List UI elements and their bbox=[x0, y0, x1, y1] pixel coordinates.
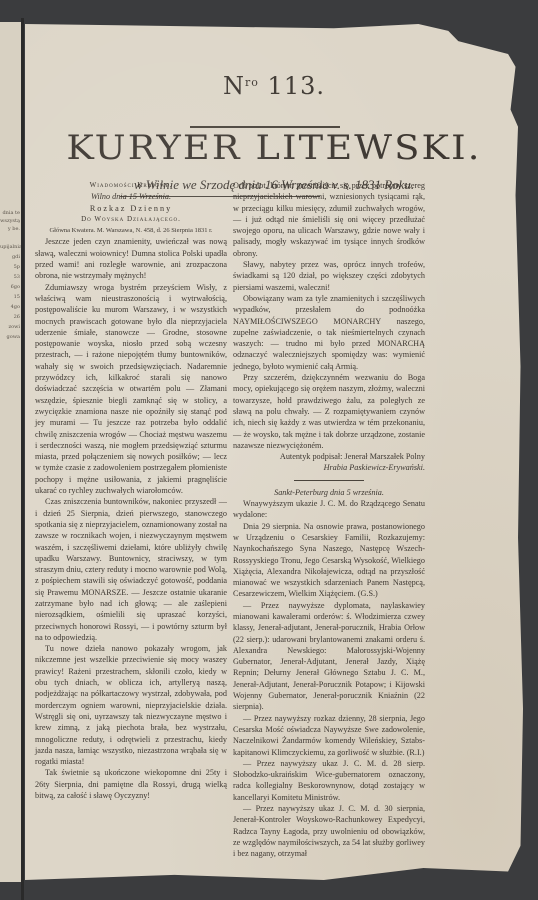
dateline-petersburg: Sankt-Peterburg dnia 5 września. bbox=[233, 487, 425, 498]
article-paragraph: Sławy, nabytey przez was, oprócz innych … bbox=[233, 259, 425, 293]
article-paragraph: Przy szczerém, dziękczynném wezwaniu do … bbox=[233, 372, 425, 451]
prev-page-fragment: 5p bbox=[0, 264, 20, 271]
issue-prefix: N bbox=[223, 72, 245, 100]
book-spine bbox=[21, 18, 24, 900]
article-paragraph: — Przez naywyższy rozkaz dzienny, 28 sie… bbox=[233, 713, 425, 758]
decree-heading: Wnaywyższym ukazie J. C. M. do Rządząceg… bbox=[233, 498, 425, 521]
prev-page-fragment: gdi bbox=[0, 254, 20, 261]
prev-page-fragment: wszystą bbox=[0, 218, 20, 225]
prev-page-fragment: dnia te bbox=[0, 210, 20, 217]
article-paragraph: Czas zniszczenia buntowników, nakoniec p… bbox=[35, 496, 227, 643]
prev-page-fragment: 4go bbox=[0, 304, 20, 311]
previous-page-edge: dnia te wszystą y be. upijalnia. gdi 5p … bbox=[0, 22, 22, 882]
issue-number: Nro 113. bbox=[25, 72, 523, 100]
signature-name: Hrabia Paskiewicz-Erywański. bbox=[233, 462, 425, 473]
issue-sup: ro bbox=[245, 76, 259, 89]
article-paragraph: — Przez naywyższy ukaz J. C. M. d. 28 si… bbox=[233, 758, 425, 803]
article-paragraph: — Przez naywyższe dyplomata, naylaskawie… bbox=[233, 600, 425, 713]
prev-page-fragment: upijalnia. bbox=[0, 244, 20, 251]
prev-page-fragment: 26 bbox=[0, 314, 20, 321]
article-paragraph: Tu nowe dzieła nanowo pokazały wrogom, j… bbox=[35, 643, 227, 767]
prev-page-fragment: 6go bbox=[0, 284, 20, 291]
order-reference: Główna Kwatera. M. Warszawa, N. 458, d. … bbox=[35, 225, 227, 236]
prev-page-fragment: y be. bbox=[0, 226, 20, 233]
section-divider bbox=[294, 480, 364, 481]
article-paragraph: Zdumiawszy wroga bystrém przeyściem Wisł… bbox=[35, 282, 227, 497]
article-paragraph: Tak świetnie są ukończone wiekopomne dni… bbox=[35, 767, 227, 801]
place-date: Wilno dnia 15 Września. bbox=[35, 191, 227, 202]
right-column: Orli polot, którym przeniśliście się prz… bbox=[233, 180, 425, 860]
order-title: Rozkaz Dzienny bbox=[35, 203, 227, 214]
article-paragraph: — Przez naywyższy ukaz J. C. M. d. 30 si… bbox=[233, 803, 425, 859]
section-heading: Wiadomości Krajowe. bbox=[35, 180, 227, 191]
prev-page-fragment: 15 bbox=[0, 294, 20, 301]
signature-line: Autentyk podpisał: Jenerał Marszałek Pol… bbox=[233, 451, 425, 462]
prev-page-fragment: gowa bbox=[0, 334, 20, 341]
prev-page-fragment: 53 bbox=[0, 274, 20, 281]
left-column: Wiadomości Krajowe. Wilno dnia 15 Wrześn… bbox=[35, 180, 227, 801]
article-paragraph: Dnia 29 sierpnia. Na osnowie prawa, post… bbox=[233, 521, 425, 600]
order-recipient: Do Woyska Działającego. bbox=[35, 214, 227, 225]
article-paragraph: Jeszcze jeden czyn znamienity, uwieńczał… bbox=[35, 236, 227, 281]
article-paragraph: Obowiązany wam za tyle znamienitych i sz… bbox=[233, 293, 425, 372]
prev-page-fragment: zowi bbox=[0, 324, 20, 331]
newspaper-title: KURYER LITEWSKI. bbox=[5, 128, 538, 168]
issue-value: 113. bbox=[268, 72, 325, 100]
article-paragraph: Orli polot, którym przeniśliście się prz… bbox=[233, 180, 425, 259]
